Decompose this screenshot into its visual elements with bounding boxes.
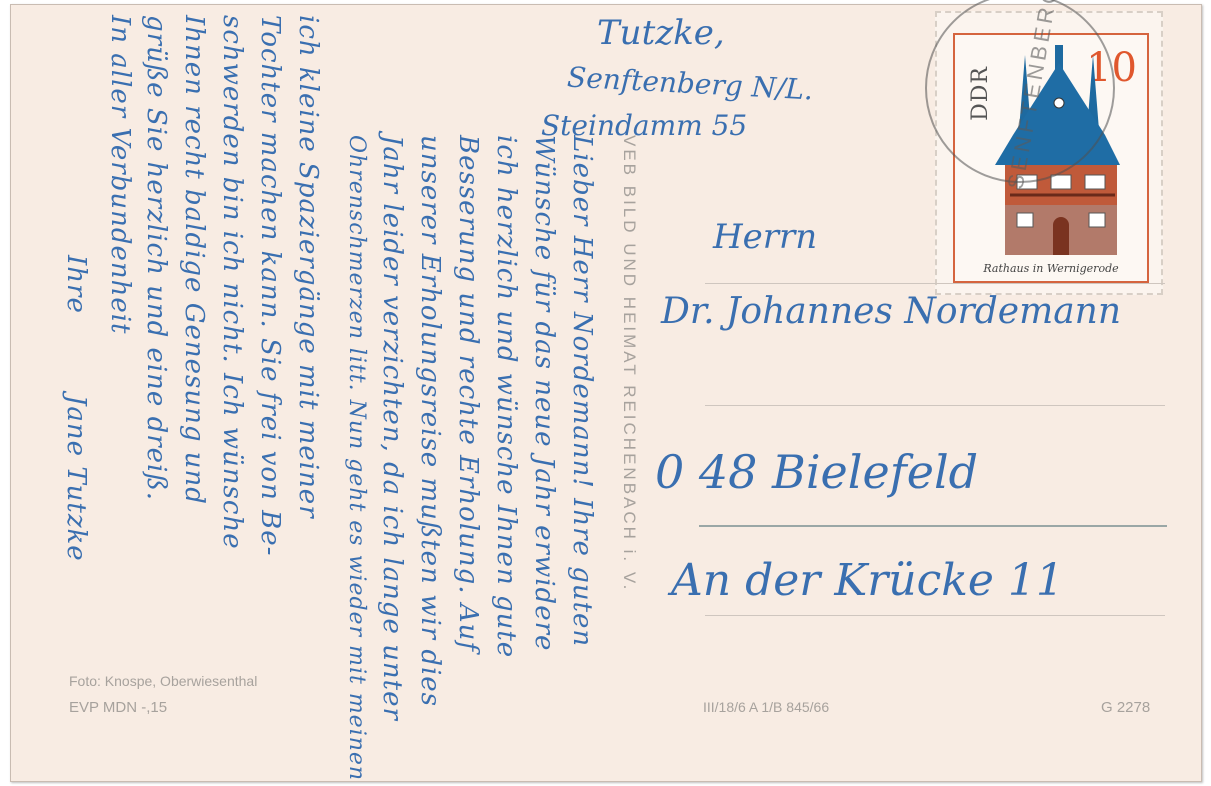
address-line-4	[705, 615, 1165, 616]
message-line: Lieber Herr Nordemann! Ihre guten	[567, 135, 597, 647]
message-line: Besserung und rechte Erholung. Auf	[453, 135, 483, 652]
message-line: Ihnen recht baldige Genesung und	[179, 15, 209, 505]
stamp-caption: Rathaus in Wernigerode	[955, 262, 1147, 275]
sender-city: Senftenberg N/L.	[566, 61, 814, 107]
photo-credit: Foto: Knospe, Oberwiesenthal	[69, 673, 257, 689]
address-line-2	[705, 405, 1165, 406]
message-line: In aller Verbundenheit	[105, 15, 135, 335]
recipient-name: Dr. Johannes Nordemann	[661, 291, 1121, 332]
message-line: Tochter machen kann. Sie frei von Be-	[255, 15, 285, 556]
message-line: ich kleine Spaziergänge mit meiner	[293, 15, 323, 519]
sender-name: Tutzke,	[597, 13, 725, 53]
recipient-street: An der Krücke 11	[671, 555, 1064, 606]
message-line: grüße Sie herzlich und eine dreiß.	[141, 15, 171, 501]
print-code: III/18/6 A 1/B 845/66	[703, 699, 829, 715]
recipient-city: 0 48 Bielefeld	[655, 445, 978, 499]
message-line: schwerden bin ich nicht. Ich wünsche	[217, 15, 247, 550]
message-line: Ihre	[61, 255, 91, 314]
card-number: G 2278	[1101, 699, 1150, 716]
address-line-3	[699, 525, 1167, 527]
postcard-back: Tutzke, Senftenberg N/L. Steindamm 55 VE…	[10, 4, 1202, 782]
message-line: Jahr leider verzichten, da ich lange unt…	[377, 135, 407, 721]
message-line: Ohrenschmerzen litt. Nun geht es wieder …	[344, 135, 369, 781]
message-line: ich herzlich und wünsche Ihnen gute	[491, 135, 521, 658]
price: EVP MDN -,15	[69, 699, 167, 716]
message-line: Jane Tutzke	[61, 395, 91, 562]
message-line: unserer Erholungsreise mußten wir dies	[415, 135, 445, 707]
publisher-imprint: VEB BILD UND HEIMAT REICHENBACH i. V.	[619, 135, 639, 592]
recipient-salutation: Herrn	[713, 217, 817, 257]
address-line-1	[705, 283, 1165, 284]
message-line: Wünsche für das neue Jahr erwidere	[529, 135, 559, 651]
postage-stamp: DDR 10 Rathaus in Wernigerode SENFTENBE	[935, 11, 1163, 295]
